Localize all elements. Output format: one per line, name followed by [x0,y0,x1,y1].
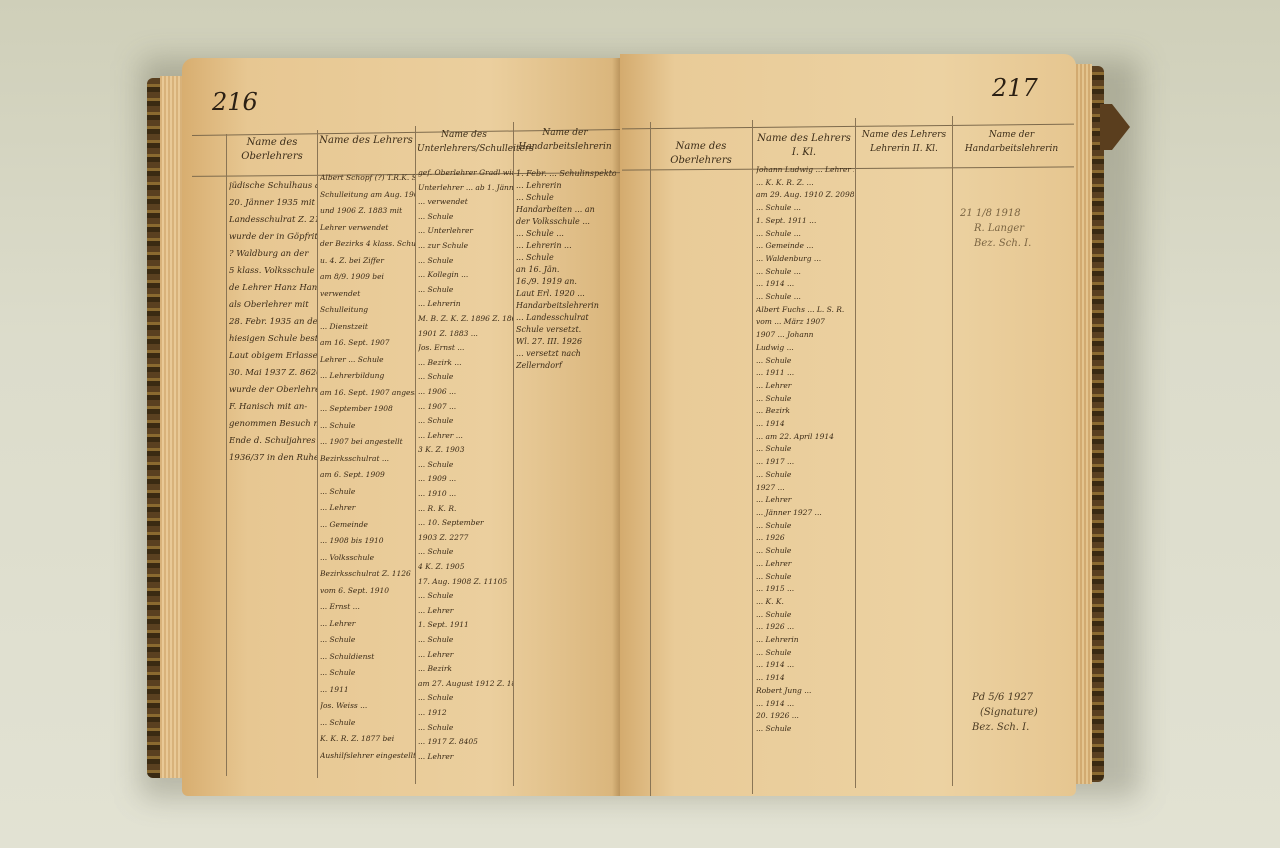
right-page-number: 217 [992,74,1038,102]
left-page-number: 216 [212,88,258,116]
header-lehrer2-right: Name des Lehrers Lehrerin II. Kl. [857,128,951,156]
entries-lehrer-left: Albert Schopf (?) T.R.K. Schule Schullei… [320,170,415,780]
entries-lehrer1-right: Johann Ludwig ... Lehrer I. Kl. ... ... … [756,164,854,784]
header-oberlehrer-left: Name des Oberlehrers [228,136,316,164]
column-rule [226,134,227,776]
column-rule [752,120,753,794]
header-lehrer1-right: Name des Lehrers I. Kl. [754,132,854,160]
header-oberlehrer-right: Name des Oberlehrers [652,140,750,168]
column-rule [317,130,318,778]
column-rule [415,126,416,784]
column-rule [855,118,856,788]
header-handarbeit-right: Name der Handarbeitslehrerin [954,128,1069,156]
entries-oberlehrer-left: jüdische Schulhaus am 20. Jänner 1935 mi… [229,178,317,468]
entries-unterlehrer-left: gef. Oberlehrer Gradl wird Unterlehrer .… [418,166,513,776]
column-rule [650,122,651,796]
column-rule [952,116,953,786]
header-unterlehrer-left: Name des Unterlehrers/Schulleiters [417,128,511,156]
header-handarbeit-left: Name der Handarbeitslehrerin [515,126,615,154]
book-cover-right-edge [1090,66,1104,782]
annotation-1918: 21 1/8 1918 R. Langer Bez. Sch. I. [960,206,1060,251]
annotation-1927: Pd 5/6 1927 (Signature) Bez. Sch. I. [972,690,1072,735]
column-rule [513,122,514,786]
header-lehrer-left: Name des Lehrers [319,134,413,148]
entries-handarbeit-left: 1. Febr. ... Schulinspektor ... Lehrerin… [516,168,616,368]
